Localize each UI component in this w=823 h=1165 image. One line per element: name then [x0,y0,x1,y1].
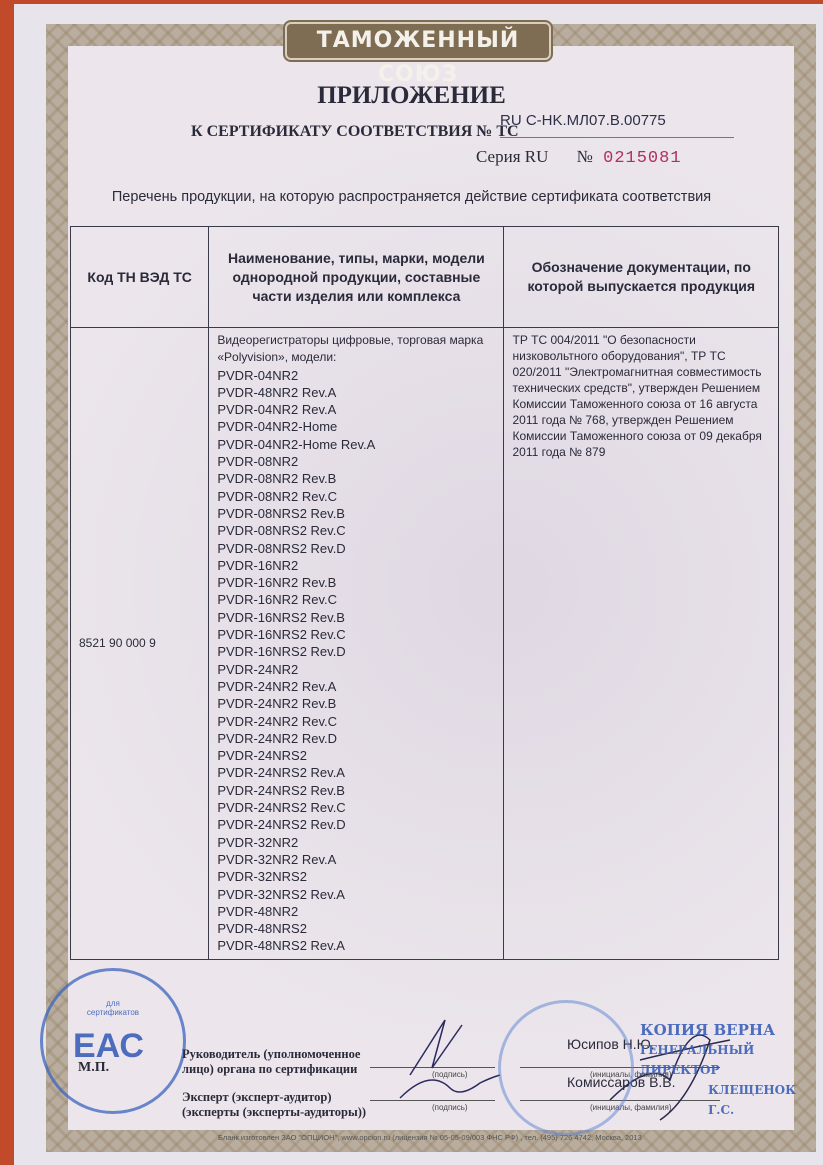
model-item: PVDR-48NR2 [217,903,495,920]
expert-label-line-2: (эксперты (эксперты-аудиторы)) [182,1105,366,1120]
header-documentation: Обозначение документации, по которой вып… [504,227,779,328]
model-item: PVDR-32NRS2 [217,868,495,885]
list-caption: Перечень продукции, на которую распростр… [0,189,823,205]
head-label: Руководитель (уполномоченное лицо) орган… [182,1047,360,1077]
head-signature-line [370,1067,495,1068]
model-item: PVDR-16NR2 Rev.C [217,591,495,608]
document-title: ПРИЛОЖЕНИЕ [0,82,823,110]
head-label-line-1: Руководитель (уполномоченное [182,1047,360,1062]
model-item: PVDR-16NR2 Rev.B [217,574,495,591]
model-item: PVDR-24NRS2 Rev.B [217,782,495,799]
product-cell: Видеорегистраторы цифровые, торговая мар… [209,328,504,960]
model-item: PVDR-24NRS2 Rev.C [217,799,495,816]
copy-true-line-1: КОПИЯ ВЕРНА [640,1020,823,1040]
expert-label-line-1: Эксперт (эксперт-аудитор) [182,1090,366,1105]
model-item: PVDR-48NRS2 Rev.A [217,937,495,954]
model-item: PVDR-48NR2 Rev.A [217,384,495,401]
header-code: Код ТН ВЭД ТС [71,227,209,328]
company-seal [498,1000,634,1136]
table-row: 8521 90 000 9 Видеорегистраторы цифровые… [71,328,779,960]
series-label: Серия [476,147,521,166]
product-description: Видеорегистраторы цифровые, торговая мар… [217,332,495,367]
model-item: PVDR-08NRS2 Rev.D [217,540,495,557]
model-item: PVDR-16NRS2 Rev.C [217,626,495,643]
head-signature-hint: (подпись) [432,1070,468,1079]
model-item: PVDR-48NRS2 [217,920,495,937]
model-item: PVDR-16NRS2 Rev.B [217,609,495,626]
model-item: PVDR-24NR2 Rev.C [217,713,495,730]
model-item: PVDR-16NRS2 Rev.D [217,643,495,660]
model-item: PVDR-32NRS2 Rev.A [217,886,495,903]
model-item: PVDR-04NR2 [217,367,495,384]
customs-union-badge: ТАМОЖЕННЫЙ СОЮЗ [285,22,551,60]
model-item: PVDR-32NR2 [217,834,495,851]
number-label: № [577,147,593,166]
model-item: PVDR-08NRS2 Rev.C [217,522,495,539]
model-item: PVDR-08NR2 Rev.C [217,488,495,505]
model-item: PVDR-04NR2 Rev.A [217,401,495,418]
copy-true-line-3: КЛЕЩЕНОК Г.С. [640,1080,823,1120]
series-line: Серия RU № 0215081 [476,147,682,168]
model-item: PVDR-08NR2 Rev.B [217,470,495,487]
model-item: PVDR-24NR2 Rev.A [217,678,495,695]
copy-true-line-2: ГЕНЕРАЛЬНЫЙ ДИРЕКТОР [640,1040,823,1080]
certificate-number-line [500,137,734,138]
model-item: PVDR-24NR2 Rev.B [217,695,495,712]
model-item: PVDR-08NRS2 Rev.B [217,505,495,522]
model-item: PVDR-24NRS2 [217,747,495,764]
header-products: Наименование, типы, марки, модели одноро… [209,227,504,328]
model-item: PVDR-24NRS2 Rev.A [217,764,495,781]
model-item: PVDR-24NRS2 Rev.D [217,816,495,833]
eac-seal: для сертификатов ЕАС [40,968,186,1114]
expert-signature-line [370,1100,495,1101]
hs-code: 8521 90 000 9 [71,328,209,960]
form-footer: Бланк изготовлен ЗАО "ОПЦИОН", www.opcio… [218,1133,642,1142]
model-item: PVDR-24NR2 Rev.D [217,730,495,747]
certificate-number: RU C-HK.МЛ07.В.00775 [500,112,666,129]
product-table: Код ТН ВЭД ТС Наименование, типы, марки,… [70,226,779,960]
series-value: RU [525,147,549,166]
expert-label: Эксперт (эксперт-аудитор) (эксперты (экс… [182,1090,366,1120]
model-item: PVDR-24NR2 [217,661,495,678]
model-item: PVDR-32NR2 Rev.A [217,851,495,868]
expert-signature-hint: (подпись) [432,1103,468,1112]
model-item: PVDR-04NR2-Home [217,418,495,435]
model-list: PVDR-04NR2PVDR-48NR2 Rev.APVDR-04NR2 Rev… [217,367,495,955]
form-number: 0215081 [603,149,681,168]
certificate-label: К СЕРТИФИКАТУ СООТВЕТСТВИЯ № ТС [191,123,519,141]
model-item: PVDR-08NR2 [217,453,495,470]
model-item: PVDR-16NR2 [217,557,495,574]
copy-true-stamp: КОПИЯ ВЕРНА ГЕНЕРАЛЬНЫЙ ДИРЕКТОР КЛЕЩЕНО… [640,1020,823,1120]
documentation-cell: ТР ТС 004/2011 "О безопасности низковоль… [504,328,779,960]
table-header-row: Код ТН ВЭД ТС Наименование, типы, марки,… [71,227,779,328]
head-label-line-2: лицо) органа по сертификации [182,1062,360,1077]
seal-place-label: М.П. [78,1060,109,1076]
seal-caption: для сертификатов [83,999,143,1017]
model-item: PVDR-04NR2-Home Rev.A [217,436,495,453]
